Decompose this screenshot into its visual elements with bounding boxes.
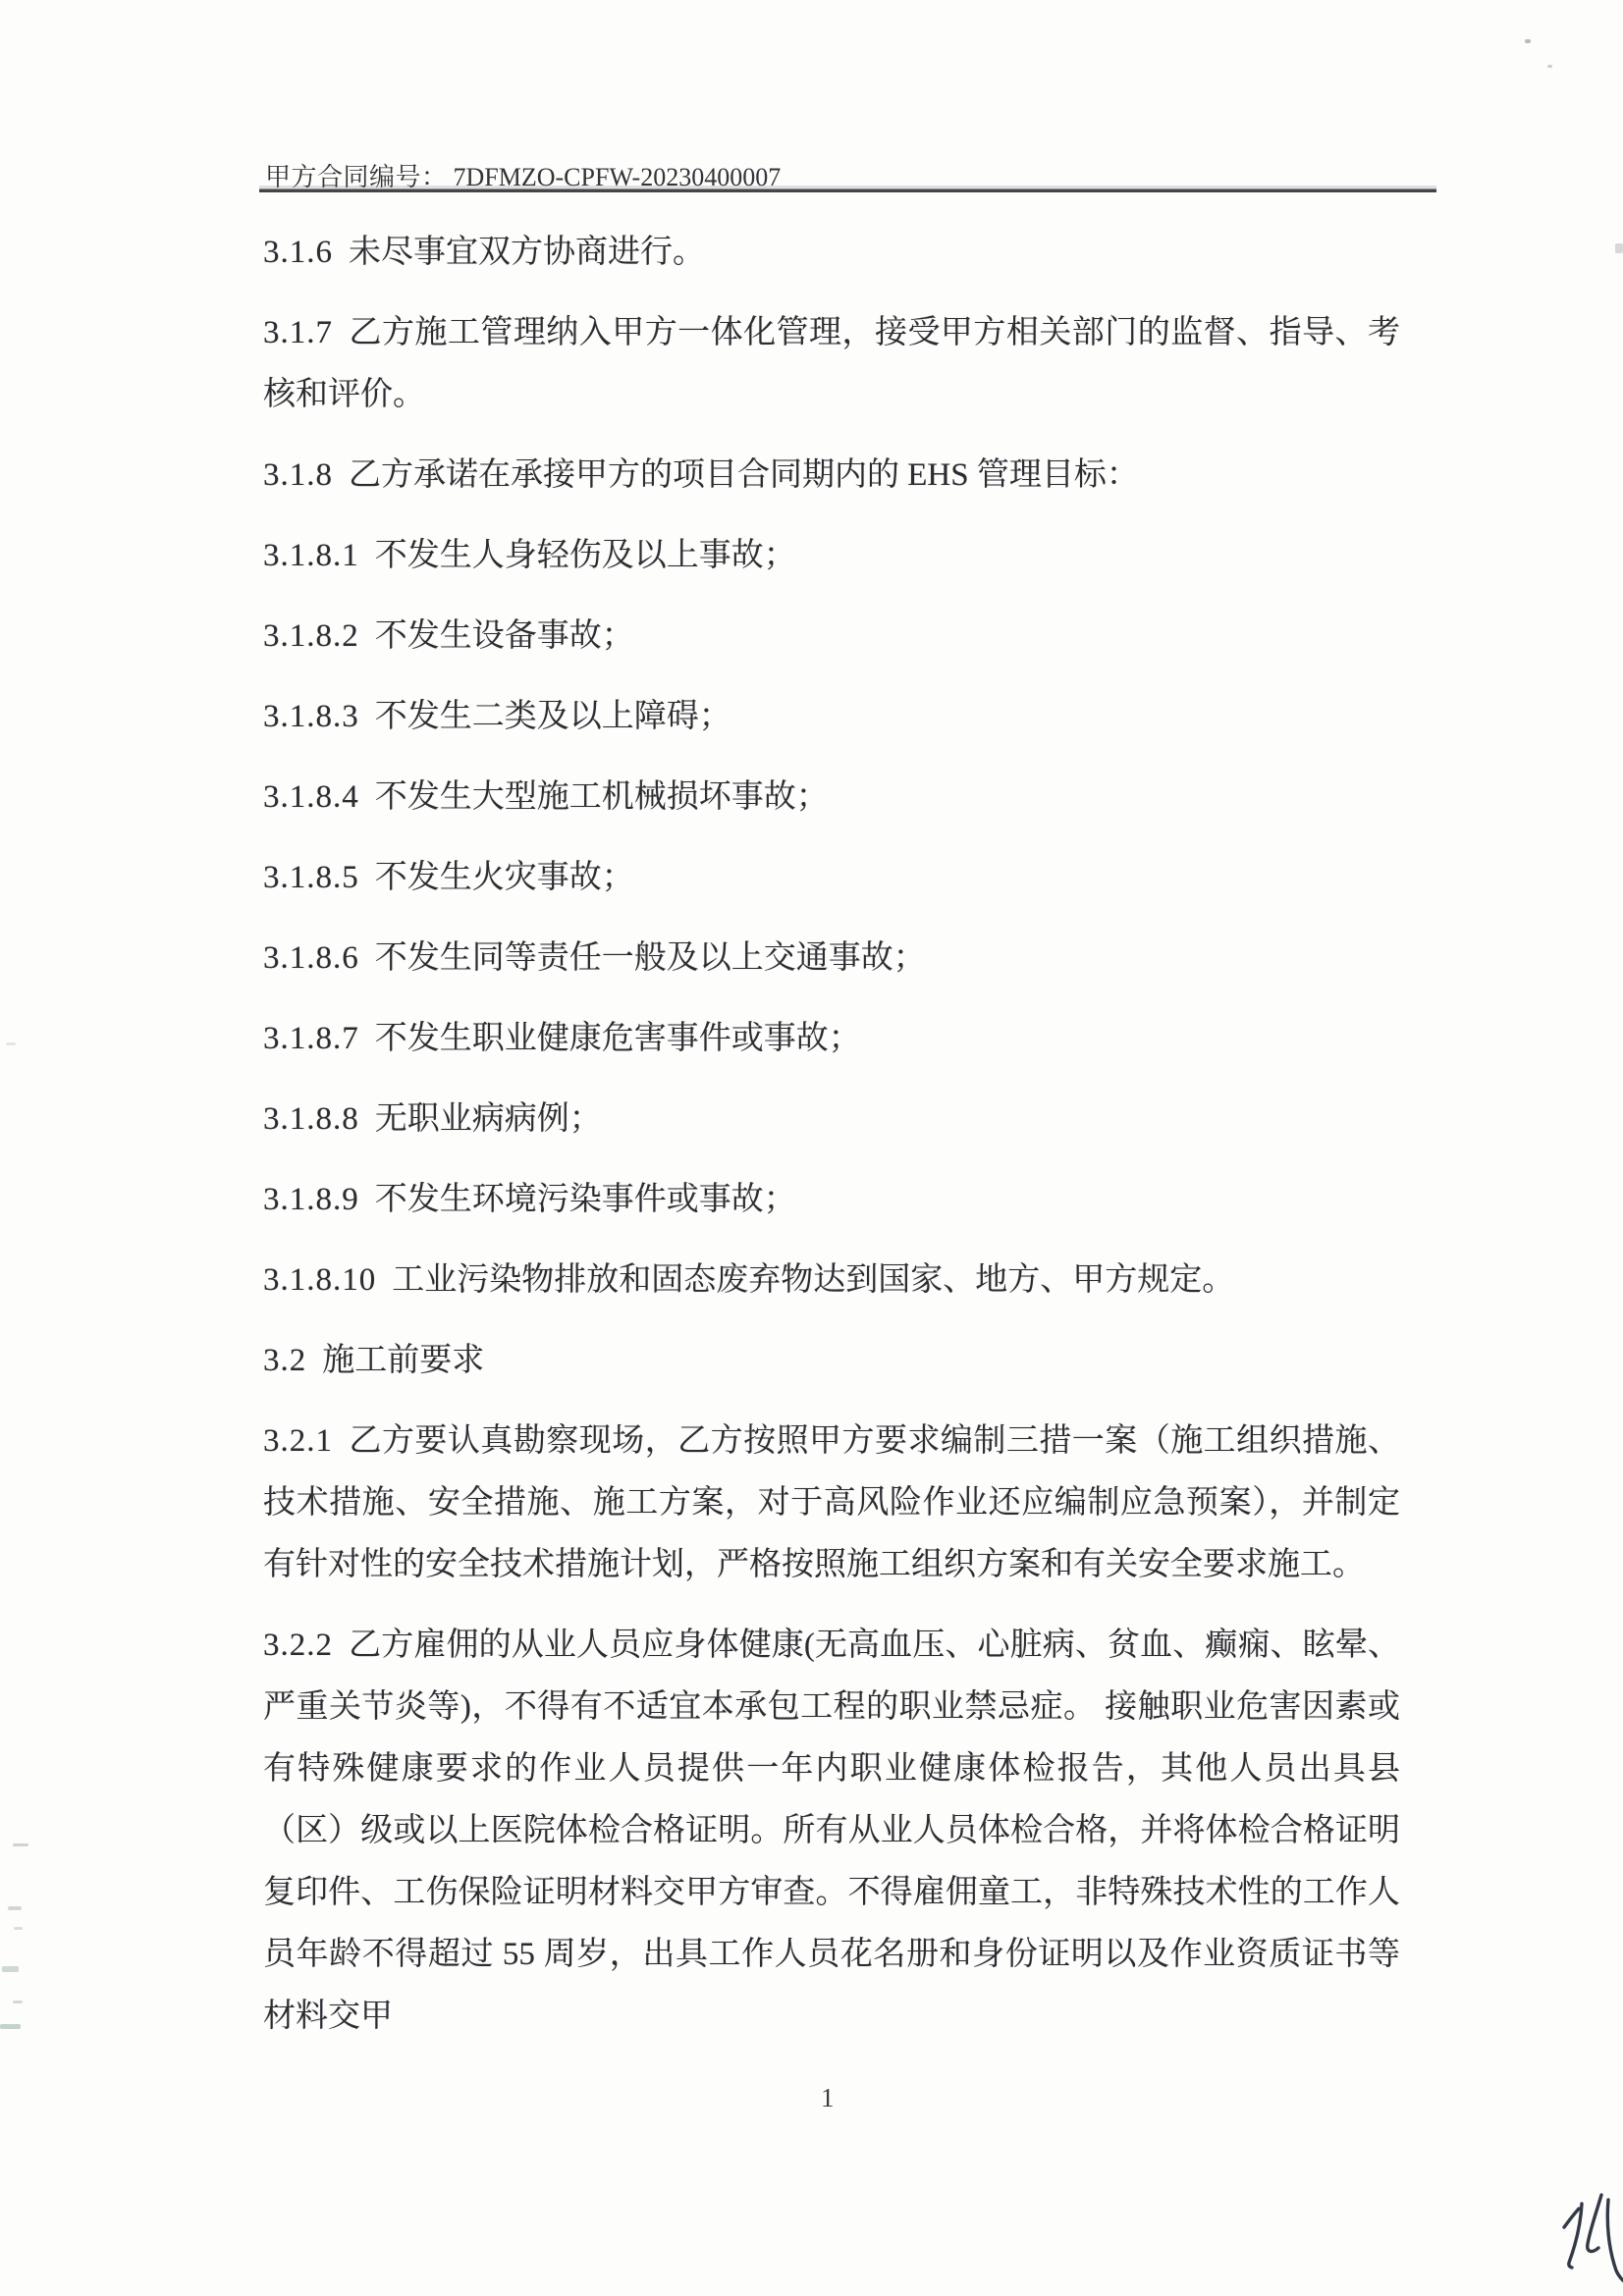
scan-artifact <box>13 2001 23 2003</box>
scan-artifact <box>1547 65 1552 68</box>
clause-number: 3.1.7 <box>263 315 333 350</box>
page-number: 1 <box>821 2083 835 2113</box>
clause-number: 3.1.8.4 <box>263 779 359 815</box>
clause-number: 3.1.8.6 <box>263 940 359 976</box>
clause-number: 3.1.8.10 <box>263 1262 376 1298</box>
clause-number: 3.1.8 <box>263 457 333 493</box>
scan-artifact <box>1615 243 1623 253</box>
clause-text: 乙方雇佣的从业人员应身体健康(无高血压、心脏病、贫血、癫痫、眩晕、严重关节炎等)… <box>263 1628 1400 2034</box>
clause-paragraph: 3.1.8.2不发生设备事故； <box>263 606 1400 667</box>
clause-text: 无职业病病例； <box>375 1101 602 1137</box>
clause-paragraph: 3.1.8.1不发生人身轻伤及以上事故； <box>263 525 1400 587</box>
scan-artifact <box>1525 39 1531 43</box>
clause-text: 不发生二类及以上障碍； <box>375 699 731 734</box>
handwritten-mark <box>1555 2187 1623 2293</box>
clause-paragraph: 3.2.1乙方要认真勘察现场，乙方按照甲方要求编制三措一案（施工组织措施、技术措… <box>263 1411 1400 1596</box>
clause-text: 工业污染物排放和固态废弃物达到国家、地方、甲方规定。 <box>392 1262 1234 1298</box>
clause-paragraph: 3.1.8.7不发生职业健康危害事件或事故； <box>263 1008 1400 1070</box>
clause-text: 不发生职业健康危害事件或事故； <box>375 1021 861 1056</box>
clause-paragraph: 3.1.8.10工业污染物排放和固态废弃物达到国家、地方、甲方规定。 <box>263 1250 1400 1311</box>
contract-body: 3.1.6未尽事宜双方协商进行。 3.1.7乙方施工管理纳入甲方一体化管理，接受… <box>263 222 1400 2066</box>
header-divider <box>259 188 1436 192</box>
scan-artifact <box>6 1042 16 1045</box>
clause-number: 3.2.1 <box>263 1423 333 1459</box>
clause-text: 乙方承诺在承接甲方的项目合同期内的 EHS 管理目标： <box>349 457 1139 493</box>
clause-text: 不发生设备事故； <box>375 618 634 654</box>
clause-number: 3.2 <box>263 1343 306 1378</box>
clause-number: 3.2.2 <box>263 1628 333 1663</box>
clause-number: 3.1.8.9 <box>263 1182 359 1217</box>
clause-text: 不发生大型施工机械损坏事故； <box>375 779 829 815</box>
clause-text: 乙方要认真勘察现场，乙方按照甲方要求编制三措一案（施工组织措施、技术措施、安全措… <box>263 1423 1400 1582</box>
clause-paragraph: 3.1.8.8无职业病病例； <box>263 1089 1400 1150</box>
clause-paragraph: 3.1.8.5不发生火灾事故； <box>263 847 1400 909</box>
clause-paragraph: 3.1.8.4不发生大型施工机械损坏事故； <box>263 767 1400 828</box>
clause-paragraph: 3.1.6未尽事宜双方协商进行。 <box>263 222 1400 284</box>
scan-artifact <box>13 1843 28 1846</box>
clause-paragraph: 3.2.2乙方雇佣的从业人员应身体健康(无高血压、心脏病、贫血、癫痫、眩晕、严重… <box>263 1615 1400 2048</box>
clause-number: 3.1.6 <box>263 235 333 270</box>
clause-number: 3.1.8.8 <box>263 1101 359 1137</box>
contract-number-label: 甲方合同编号： <box>265 163 448 191</box>
scan-artifact <box>14 1927 23 1930</box>
clause-text: 不发生环境污染事件或事故； <box>375 1182 796 1217</box>
contract-number-value: 7DFMZO-CPFW-20230400007 <box>454 163 782 191</box>
clause-text: 不发生同等责任一般及以上交通事故； <box>375 940 926 976</box>
clause-number: 3.1.8.3 <box>263 699 359 734</box>
clause-paragraph: 3.1.8乙方承诺在承接甲方的项目合同期内的 EHS 管理目标： <box>263 445 1400 507</box>
clause-paragraph: 3.1.8.6不发生同等责任一般及以上交通事故； <box>263 928 1400 989</box>
clause-paragraph: 3.2施工前要求 <box>263 1330 1400 1392</box>
clause-number: 3.1.8.1 <box>263 538 359 573</box>
clause-paragraph: 3.1.7乙方施工管理纳入甲方一体化管理，接受甲方相关部门的监督、指导、考核和评… <box>263 302 1400 426</box>
scan-artifact <box>8 1906 22 1910</box>
clause-number: 3.1.8.5 <box>263 860 359 895</box>
clause-number: 3.1.8.7 <box>263 1021 359 1056</box>
scanned-contract-page: 甲方合同编号：7DFMZO-CPFW-20230400007 3.1.6未尽事宜… <box>0 0 1623 2296</box>
clause-text: 乙方施工管理纳入甲方一体化管理，接受甲方相关部门的监督、指导、考核和评价。 <box>263 315 1400 412</box>
clause-number: 3.1.8.2 <box>263 618 359 654</box>
clause-text: 施工前要求 <box>322 1343 484 1378</box>
scan-artifact <box>2 1966 19 1972</box>
clause-text: 未尽事宜双方协商进行。 <box>349 235 705 270</box>
clause-text: 不发生人身轻伤及以上事故； <box>375 538 796 573</box>
clause-paragraph: 3.1.8.9不发生环境污染事件或事故； <box>263 1169 1400 1231</box>
scan-artifact <box>0 2024 21 2029</box>
clause-text: 不发生火灾事故； <box>375 860 634 895</box>
clause-paragraph: 3.1.8.3不发生二类及以上障碍； <box>263 686 1400 748</box>
